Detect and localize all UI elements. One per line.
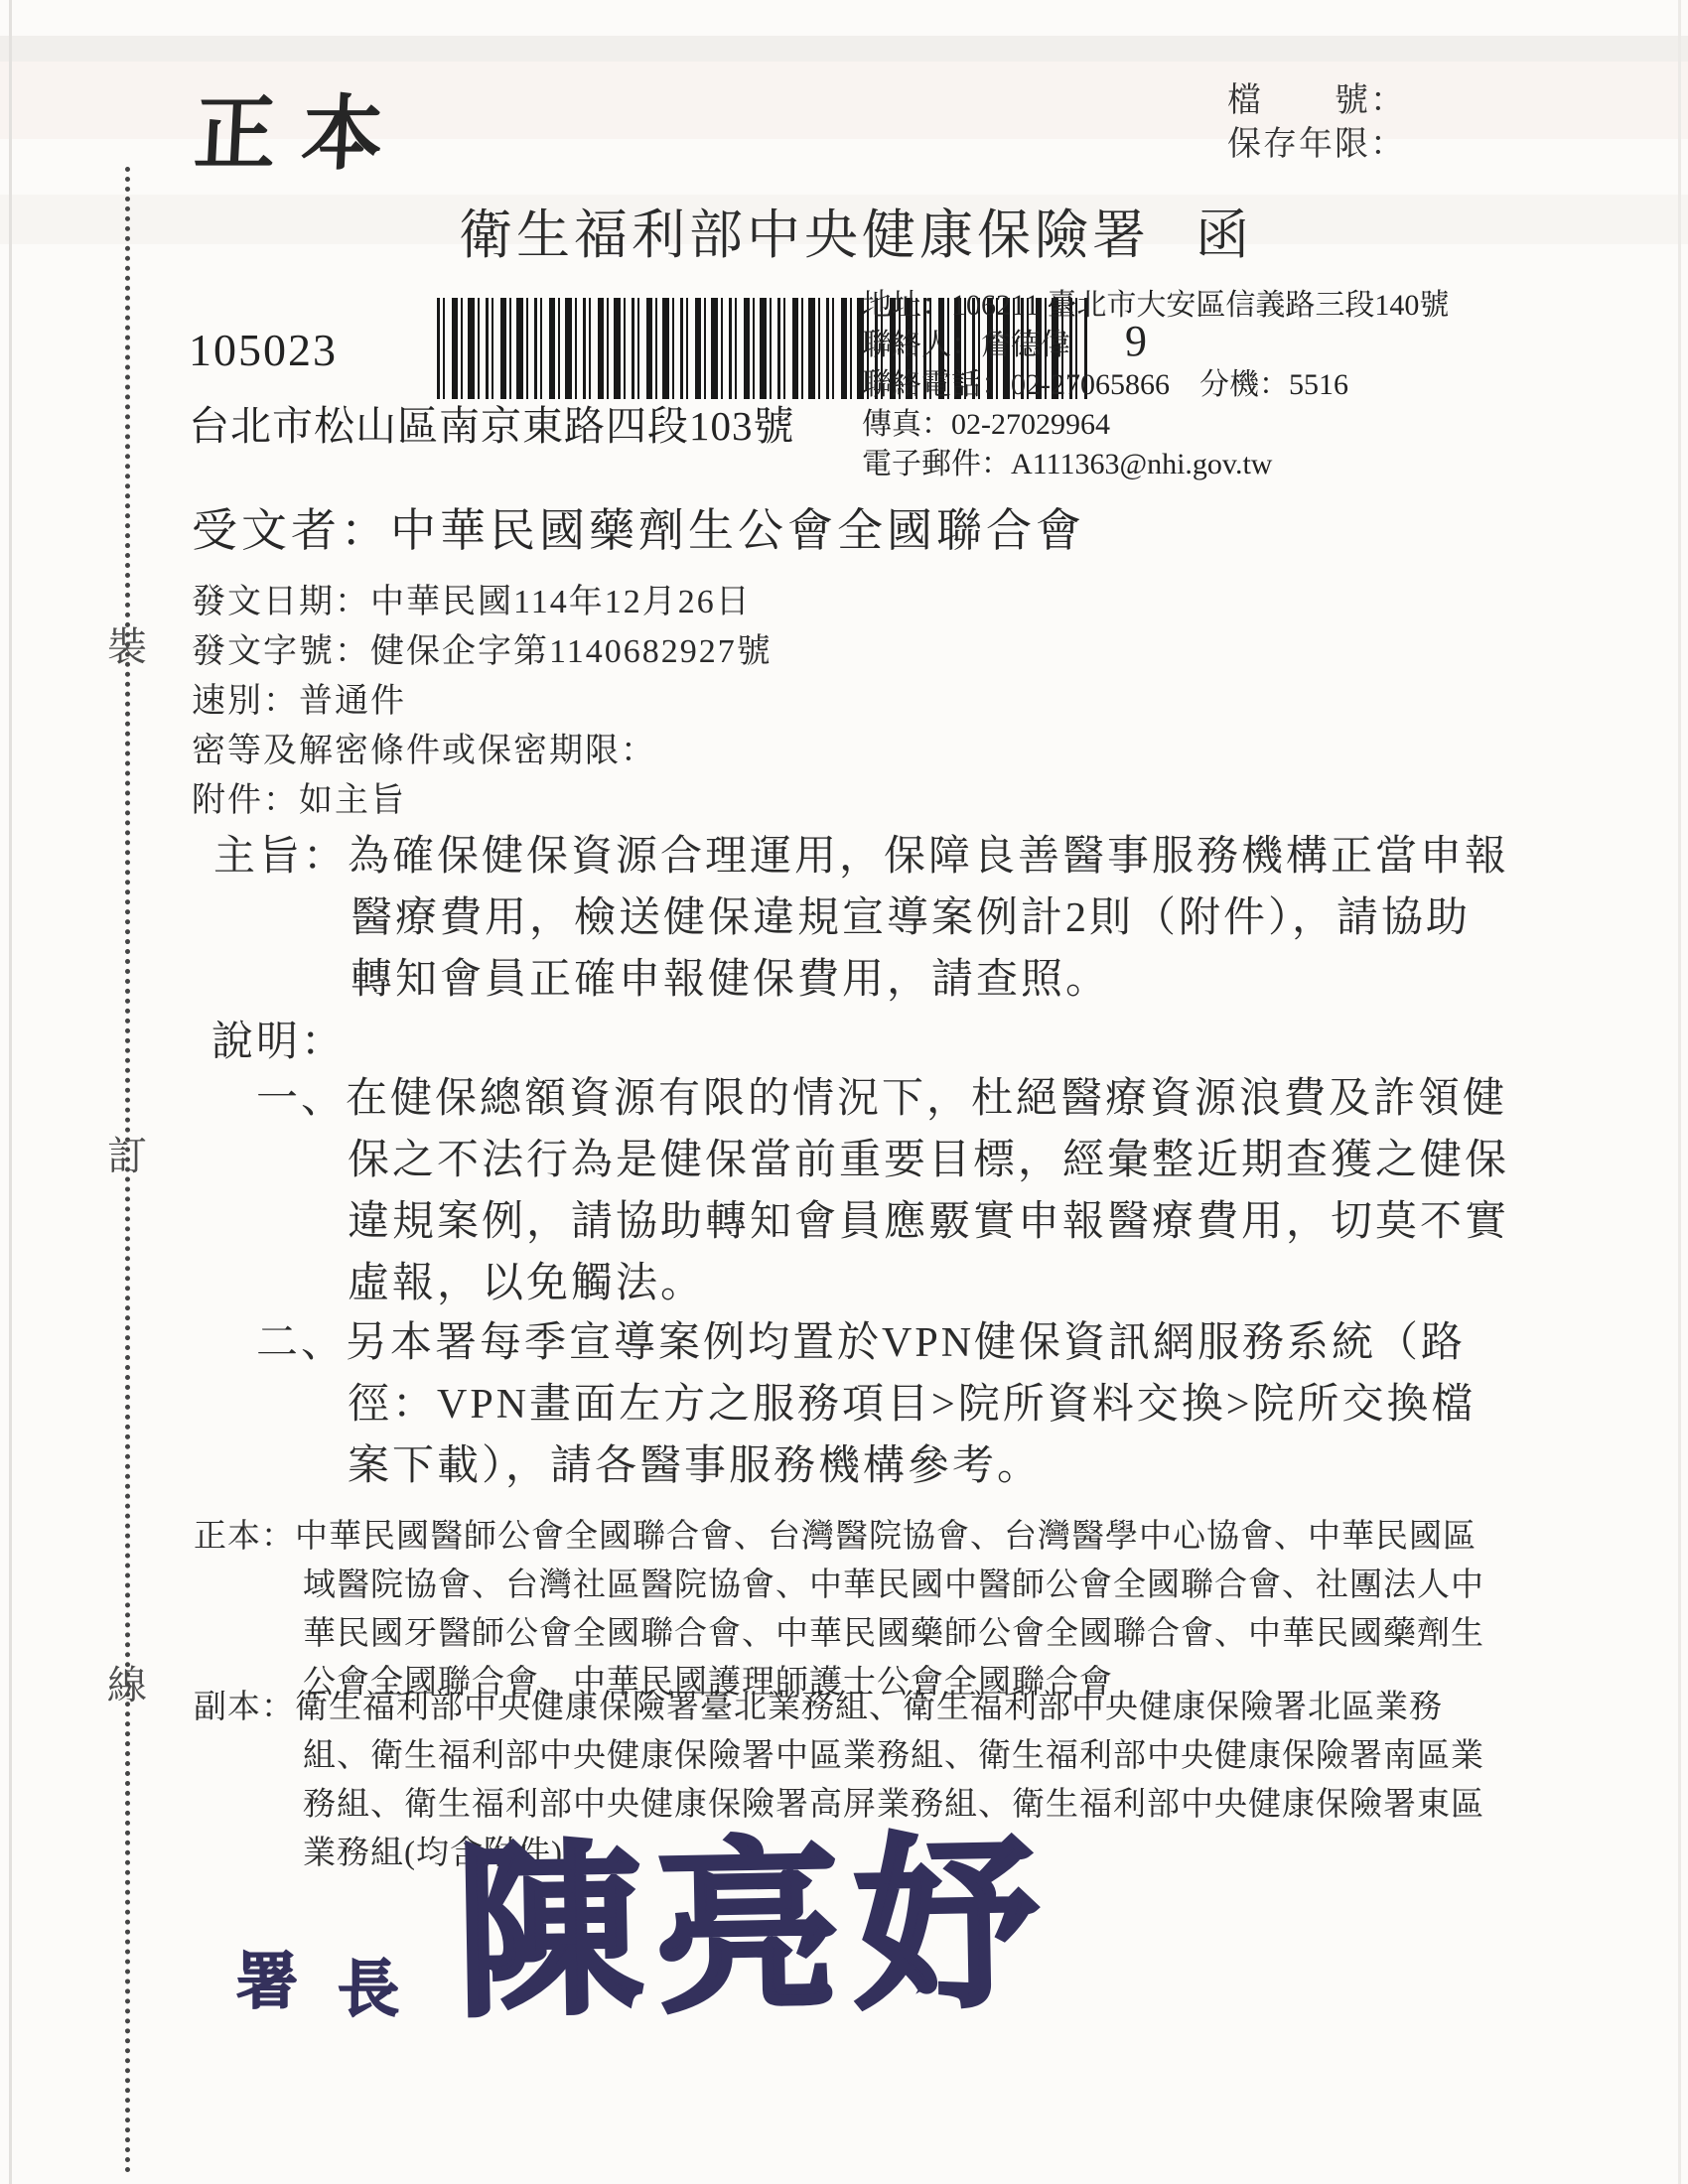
item-line: 二、另本署每季宣導案例均置於VPN健保資訊網服務系統（路 (256, 1312, 1476, 1374)
item-number: 二、 (256, 1320, 346, 1366)
subject-label: 主旨： (213, 834, 348, 880)
copy-label: 副本： (194, 1690, 295, 1725)
binding-mark-xian: 線 (103, 1654, 151, 1710)
item-number: 一、 (256, 1076, 346, 1122)
contact-fax: 傳真：02-27029964 (862, 405, 1449, 445)
cc-line: 組、衛生福利部中央健康保險署中區業務組、衛生福利部中央健康保險署南區業 (194, 1732, 1484, 1781)
binding-mark-zhuang: 裝 (103, 615, 151, 672)
issue-date: 發文日期：中華民國114年12月26日 (192, 578, 773, 627)
explanation-item-1: 一、在健保總額資源有限的情況下，杜絕醫療資源浪費及詐領健 保之不法行為是健保當前… (256, 1068, 1509, 1314)
contact-phone: 聯絡電話：02-27065866 分機：5516 (862, 365, 1449, 405)
file-number-block: 檔 號： 保存年限： (1227, 79, 1406, 167)
original-recipients-block: 正本：中華民國醫師公會全國聯合會、台灣醫院協會、台灣醫學中心協會、中華民國區 域… (194, 1513, 1484, 1707)
explanation-item-2: 二、另本署每季宣導案例均置於VPN健保資訊網服務系統（路 徑：VPN畫面左方之服… (256, 1312, 1476, 1497)
subject-line: 醫療費用，檢送健保違規宣導案例計2則（附件），請協助 (213, 887, 1509, 949)
contact-email: 電子郵件：A111363@nhi.gov.tw (862, 445, 1449, 484)
item-line: 徑：VPN畫面左方之服務項目>院所資料交換>院所交換檔 (256, 1374, 1476, 1435)
cc-line: 正本：中華民國醫師公會全國聯合會、台灣醫院協會、台灣醫學中心協會、中華民國區 (194, 1513, 1484, 1562)
document-title: 衛生福利部中央健康保險署函 (459, 193, 1253, 269)
attachment-note: 附件：如主旨 (192, 776, 773, 826)
item-line: 保之不法行為是健保當前重要目標，經彙整近期查獲之健保 (256, 1130, 1509, 1191)
scan-artifact-band (0, 36, 1688, 62)
classification: 密等及解密條件或保密期限： (192, 727, 773, 776)
item-line: 案下載），請各醫事服務機構參考。 (256, 1435, 1476, 1497)
item-line: 一、在健保總額資源有限的情況下，杜絕醫療資源浪費及詐領健 (256, 1068, 1509, 1130)
item-line: 違規案例，請協助轉知會員應覈實申報醫療費用，切莫不實 (256, 1191, 1509, 1253)
document-meta-block: 發文日期：中華民國114年12月26日 發文字號：健保企字第1140682927… (192, 578, 773, 826)
retention-period-label: 保存年限： (1227, 123, 1406, 167)
barcode-prefix-number: 105023 (189, 324, 338, 376)
signature-block: 署 長 陳亮妤 (236, 1835, 1053, 2028)
priority: 速別：普通件 (192, 677, 773, 727)
subject-line: 主旨：為確保健保資源合理運用，保障良善醫事服務機構正當申報 (213, 826, 1509, 887)
binding-mark-ding: 訂 (103, 1125, 151, 1181)
recipient-line: 受文者：中華民國藥劑生公會全國聯合會 (192, 494, 1085, 560)
cc-line: 華民國牙醫師公會全國聯合會、中華民國藥師公會全國聯合會、中華民國藥劑生 (194, 1610, 1484, 1659)
signer-name-signature: 陳亮妤 (455, 1834, 1054, 2028)
issue-number: 發文字號：健保企字第1140682927號 (192, 627, 773, 677)
scan-edge-line (1678, 0, 1681, 2184)
scanned-official-letter: 裝 訂 線 正本 檔 號： 保存年限： 衛生福利部中央健康保險署函 105023… (0, 0, 1688, 2184)
item-line: 虛報，以免觸法。 (256, 1253, 1509, 1314)
explanation-label: 說明： (211, 1009, 346, 1068)
copy-type-label: 正本 (192, 69, 412, 186)
cc-line: 域醫院協會、台灣社區醫院協會、中華民國中醫師公會全國聯合會、社團法人中 (194, 1562, 1484, 1610)
signer-title-char: 署 (236, 1932, 298, 2020)
cc-line: 務組、衛生福利部中央健康保險署高屏業務組、衛生福利部中央健康保險署東區 (194, 1781, 1484, 1830)
contact-person: 聯絡人：詹德偉 (862, 326, 1449, 365)
cc-line: 副本：衛生福利部中央健康保險署臺北業務組、衛生福利部中央健康保險署北區業務 (194, 1684, 1484, 1732)
contact-info-block: 地址：106211 臺北市大安區信義路三段140號 聯絡人：詹德偉 聯絡電話：0… (862, 286, 1449, 484)
file-number-label: 檔 號： (1227, 79, 1406, 123)
issuing-agency: 衛生福利部中央健康保險署 (459, 205, 1150, 265)
subject-paragraph: 主旨：為確保健保資源合理運用，保障良善醫事服務機構正當申報 醫療費用，檢送健保違… (213, 826, 1509, 1011)
scan-edge-line (9, 0, 12, 2184)
subject-line: 轉知會員正確申報健保費用，請查照。 (213, 949, 1509, 1011)
contact-address: 地址：106211 臺北市大安區信義路三段140號 (862, 286, 1449, 326)
signer-title-char: 長 (338, 1940, 399, 2028)
original-label: 正本： (194, 1519, 295, 1555)
document-type: 函 (1196, 205, 1253, 265)
mailing-address: 台北市松山區南京東路四段103號 (189, 393, 795, 452)
